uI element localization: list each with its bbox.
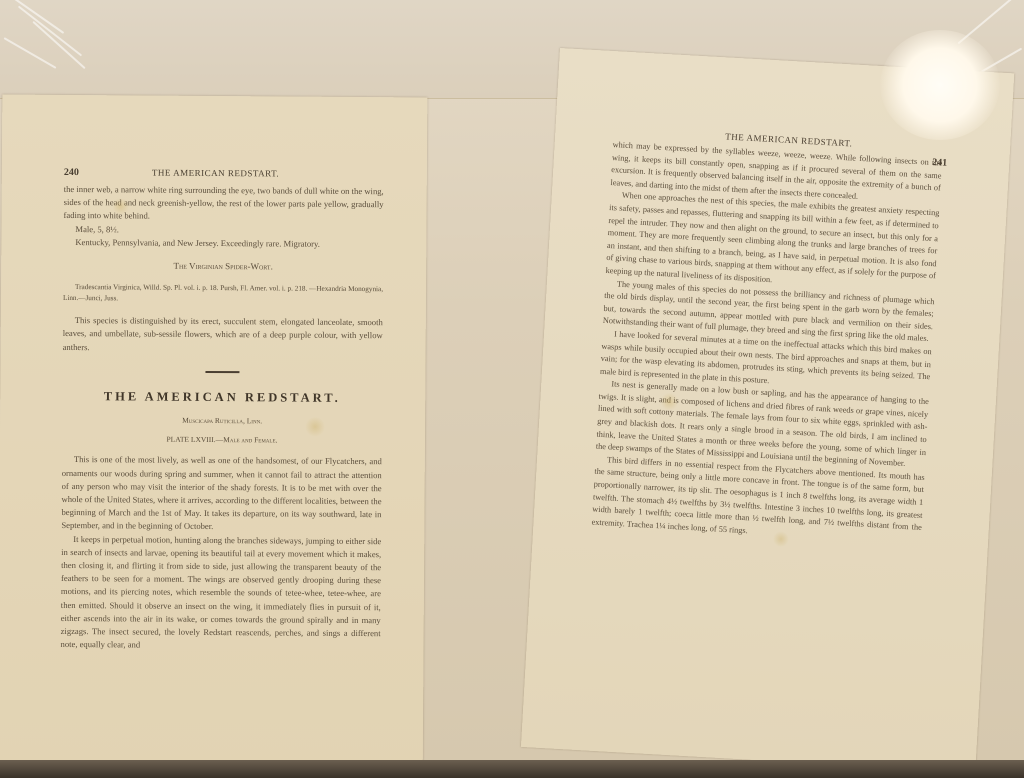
body-paragraph: This is one of the most lively, as well … [61,453,382,534]
range-line: Kentucky, Pennsylvania, and New Jersey. … [63,236,383,251]
plate-caption: PLATE LXVIII.—Male and Female. [62,432,382,447]
paper-stain [772,531,789,548]
chapter-title: THE AMERICAN REDSTART. [62,390,382,405]
plant-heading: The Virginian Spider-Wort. [63,259,383,274]
paper-stain [305,417,325,437]
page-number: 240 [64,167,79,178]
section-rule [205,371,239,373]
right-page-text: which may be expressed by the syllables … [591,139,942,547]
table-edge [0,760,1024,778]
latin-name: Muscicapa Ruticilla, Linn. [62,413,382,428]
plant-synonyms: Tradescantia Virginica, Willd. Sp. Pl. v… [63,282,383,306]
left-page-text: the inner web, a narrow white ring surro… [60,183,383,654]
body-paragraph: It keeps in perpetual motion, hunting al… [60,533,381,654]
left-book-page: 240 THE AMERICAN REDSTART. the inner web… [0,95,427,778]
paper-stain [112,198,130,214]
right-book-page: THE AMERICAN REDSTART. 241 which may be … [521,48,1014,772]
light-glare [880,30,1000,140]
plant-description: This species is distinguished by its ere… [63,314,383,356]
running-head: THE AMERICAN REDSTART. [152,168,279,179]
